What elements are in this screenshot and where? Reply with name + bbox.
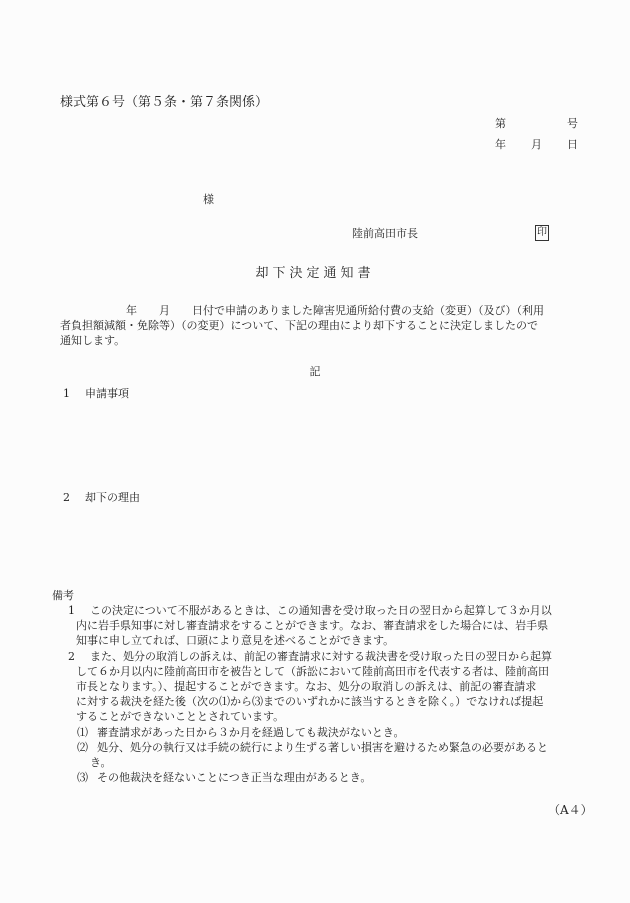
remarks-list: 1この決定について不服があるときは、この通知書を受け取った日の翌日から起算して３… bbox=[60, 603, 600, 785]
remark-line: 内に岩手県知事に対し審査請求をすることができます。なお、審査請求をした場合には、… bbox=[60, 618, 600, 633]
section-application-items: 1申請事項 bbox=[63, 388, 129, 399]
remark-line: 知事に申し立てれば、口頭により意見を述べることができます。 bbox=[60, 633, 600, 648]
remark-line: して６か月以内に陸前高田市を被告として（訴訟において陸前高田市を代表する者は、陸… bbox=[60, 664, 600, 679]
remark-subitem-3: ⑶その他裁決を経ないことにつき正当な理由があるとき。 bbox=[60, 770, 600, 785]
remark-number: 2 bbox=[68, 649, 90, 664]
ki-label: 記 bbox=[0, 366, 630, 377]
issuer-name: 陸前高田市長 bbox=[352, 228, 418, 239]
document-number-suffix: 号 bbox=[567, 118, 578, 129]
body-line: 者負担額減額・免除等）（の変更）について、下記の理由により却下することに決定しま… bbox=[60, 318, 590, 333]
paper-size-label: （A４） bbox=[548, 804, 593, 816]
document-title: 却下決定通知書 bbox=[0, 267, 630, 280]
remark-subitem-2: ⑵処分、処分の執行又は手続の続行により生ずる著しい損害を避けるため緊急の必要があ… bbox=[60, 740, 600, 755]
subitem-text: 処分、処分の執行又は手続の続行により生ずる著しい損害を避けるため緊急の必要がある… bbox=[97, 741, 548, 754]
document-number-prefix: 第 bbox=[495, 118, 506, 129]
remark-text: この決定について不服があるときは、この通知書を受け取った日の翌日から起算して３か… bbox=[90, 604, 552, 617]
remark-line: に対する裁決を経た後（次の⑴から⑶までのいずれかに該当するときを除く。）でなけれ… bbox=[60, 694, 600, 709]
subitem-text: 審査請求があった日から３か月を経過しても裁決がないとき。 bbox=[97, 726, 404, 739]
body-paragraph: 年 月 日付で申請のありました障害児通所給付費の支給（変更）（及び）（利用 者負… bbox=[60, 303, 590, 348]
remark-subitem-1: ⑴審査請求があった日から３か月を経過しても裁決がないとき。 bbox=[60, 725, 600, 740]
subitem-text: その他裁決を経ないことにつき正当な理由があるとき。 bbox=[97, 771, 371, 784]
section-number: 1 bbox=[63, 388, 85, 399]
body-line: 通知します。 bbox=[60, 333, 590, 348]
addressee-honorific: 様 bbox=[203, 194, 214, 205]
remark-item-1: 1この決定について不服があるときは、この通知書を受け取った日の翌日から起算して３… bbox=[60, 603, 600, 618]
remark-text: また、処分の取消しの訴えは、前記の審査請求に対する裁決書を受け取った日の翌日から… bbox=[90, 650, 552, 663]
section-number: 2 bbox=[63, 492, 85, 503]
section-label: 却下の理由 bbox=[85, 491, 140, 504]
subitem-line: き。 bbox=[60, 755, 600, 770]
subitem-number: ⑵ bbox=[77, 740, 97, 755]
date-day-label: 日 bbox=[567, 139, 578, 150]
subitem-number: ⑴ bbox=[77, 725, 97, 740]
subitem-number: ⑶ bbox=[77, 770, 97, 785]
section-rejection-reason: 2却下の理由 bbox=[63, 492, 140, 503]
remarks-heading: 備考 bbox=[52, 590, 74, 601]
form-number: 様式第６号（第５条・第７条関係） bbox=[60, 96, 268, 109]
remark-line: することができないこととされています。 bbox=[60, 709, 600, 724]
body-line: 年 月 日付で申請のありました障害児通所給付費の支給（変更）（及び）（利用 bbox=[60, 303, 590, 318]
remark-item-2: 2また、処分の取消しの訴えは、前記の審査請求に対する裁決書を受け取った日の翌日か… bbox=[60, 649, 600, 664]
date-year-label: 年 bbox=[495, 139, 506, 150]
section-label: 申請事項 bbox=[85, 387, 129, 400]
remark-number: 1 bbox=[68, 603, 90, 618]
remark-line: 市長となります。）、提起することができます。なお、処分の取消しの訴えは、前記の審… bbox=[60, 679, 600, 694]
seal-icon: 印 bbox=[535, 225, 549, 241]
date-month-label: 月 bbox=[531, 139, 542, 150]
